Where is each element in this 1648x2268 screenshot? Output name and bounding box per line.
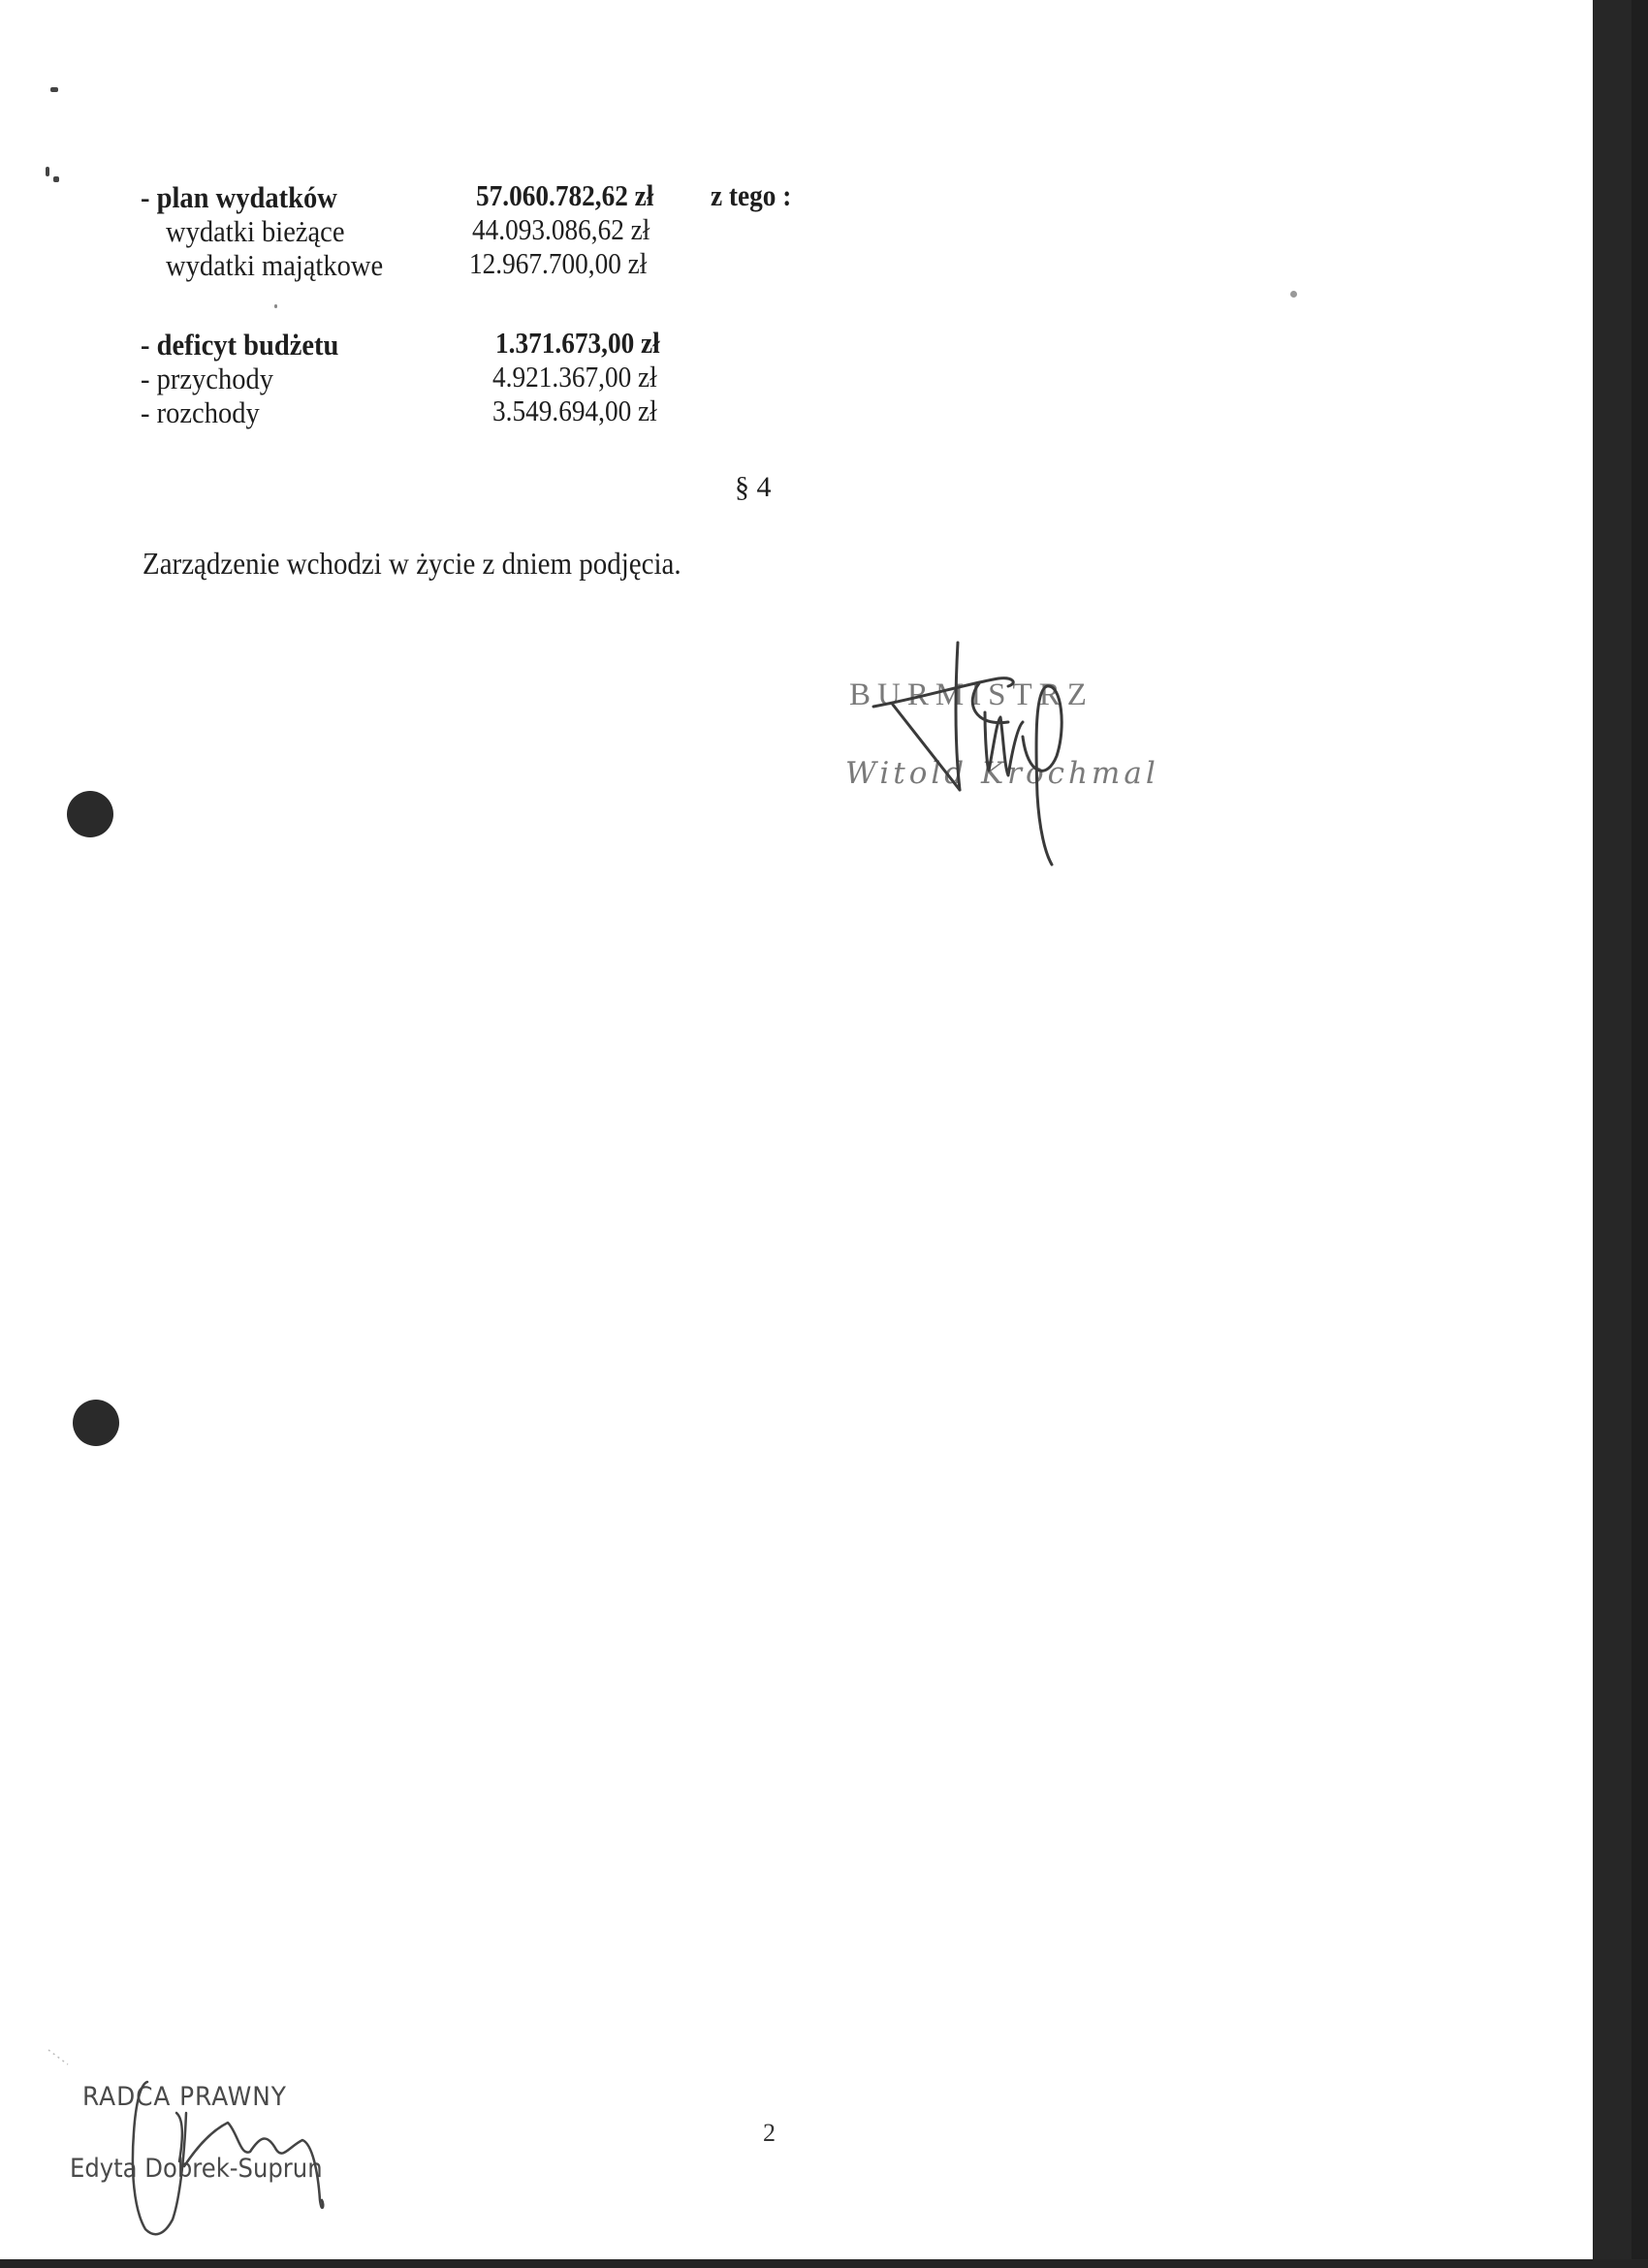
current-expenses-label: wydatki bieżące [166, 215, 344, 248]
outflows-label: - rozchody [141, 396, 260, 429]
scan-speck [50, 87, 58, 92]
legal-counsel-title: RADCA PRAWNY [82, 2082, 287, 2113]
scan-border-shadow [1632, 0, 1648, 2268]
mayor-stamp-title: BURMISTRZ [849, 677, 1093, 712]
mayor-stamp-name: Witold Krochmal [845, 756, 1159, 791]
outflows-amount: 3.549.694,00 zł [492, 394, 657, 427]
revenues-label: - przychody [141, 362, 273, 395]
scan-speck [1290, 291, 1297, 298]
scan-border-bottom [0, 2259, 1648, 2268]
capital-expenses-label: wydatki majątkowe [166, 249, 383, 282]
page-number: 2 [763, 2119, 776, 2148]
punch-hole-icon [73, 1400, 119, 1446]
revenues-amount: 4.921.367,00 zł [492, 361, 657, 394]
legal-counsel-name: Edyta Dobrek-Suprun [70, 2154, 323, 2185]
deficit-amount: 1.371.673,00 zł [495, 327, 660, 360]
expenditure-plan-label: - plan wydatków [141, 181, 337, 214]
expenditure-plan-amount: 57.060.782,62 zł [476, 179, 653, 212]
scan-speck [274, 304, 277, 308]
expenditure-plan-suffix: z tego : [711, 179, 791, 212]
punch-hole-icon [67, 791, 113, 837]
capital-expenses-amount: 12.967.700,00 zł [469, 247, 647, 280]
deficit-label: - deficyt budżetu [141, 329, 338, 362]
current-expenses-amount: 44.093.086,62 zł [472, 213, 650, 246]
mayor-signature-icon [0, 0, 1648, 872]
scan-speck [46, 167, 49, 176]
scan-border-right [1593, 0, 1648, 2268]
closing-clause: Zarządzenie wchodzi w życie z dniem podj… [143, 546, 681, 581]
scan-speck [53, 176, 59, 182]
section-heading: § 4 [735, 471, 772, 504]
